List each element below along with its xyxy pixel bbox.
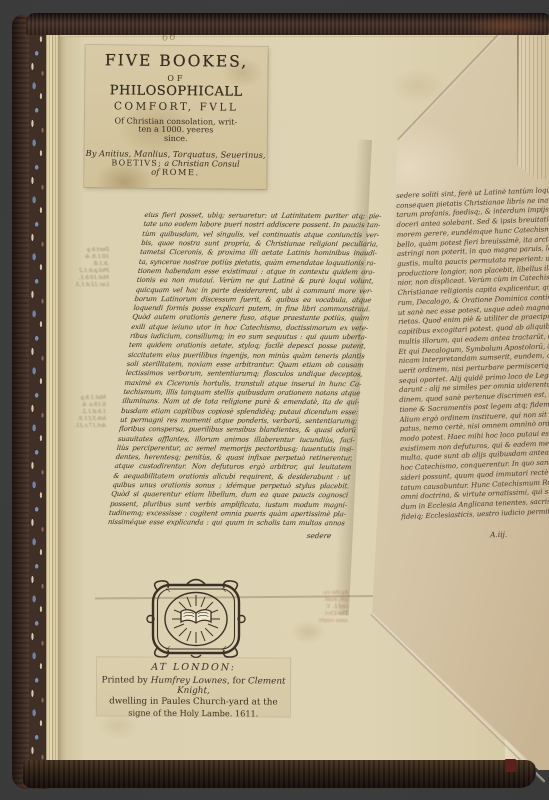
- binding-top-edge: [26, 13, 549, 35]
- marbled-endpaper: [29, 22, 46, 782]
- show-through-line: .b.1.8.: [57, 261, 109, 268]
- imprint-line-3: dwelling in Paules Church-yard at the: [97, 696, 290, 707]
- margin-show-through-upper: Doct.b.y.10.1.9. &.b.1.8.Phil.p.b.1.2Mat…: [57, 247, 109, 288]
- photo-backdrop: 66 FIVE BOOKES, OF PHILOSOPHICALL COMFOR…: [0, 0, 549, 800]
- title-label: FIVE BOOKES, OF PHILOSOPHICALL COMFORT, …: [84, 45, 267, 189]
- imprint-printed-by: Printed by: [102, 675, 151, 685]
- printer-device-woodcut: [146, 578, 246, 660]
- show-through-line: spea confir.: [296, 618, 348, 625]
- bookmark-ribbon: [505, 759, 516, 772]
- imprint-printer-name: Humfrey Lownes: [151, 676, 227, 687]
- margin-show-through-lower: Mat.1.b.y.S.19.a. &1.b.d.1.2.Ioh.5.f.1.9…: [50, 395, 106, 430]
- show-through-line: Luc.12.d.1,3.: [57, 282, 109, 289]
- text-line: nissiméque esse explicanda : qui quum in…: [107, 518, 345, 529]
- show-through-line: Mat.1.b.y.: [50, 395, 106, 402]
- show-through-line: Act.17.c.11.: [50, 423, 106, 430]
- show-through-line: Ioh.5.f.1.9.: [50, 416, 106, 423]
- show-through-line: Mat.10.b.1,: [57, 275, 109, 282]
- title-subline-3: since.: [85, 134, 267, 145]
- title-line-1: FIVE BOOKES,: [85, 45, 267, 71]
- title-line-3: PHILOSOPHICALL: [85, 84, 267, 100]
- show-through-line: 1.b.d.1.2.: [50, 409, 106, 416]
- byline-rome-name: ROME.: [162, 167, 200, 177]
- binding-bottom-edge: [23, 760, 536, 788]
- byline-of: of: [151, 167, 162, 177]
- show-through-line: S.19.a. &: [50, 402, 106, 409]
- catchword: sedere: [106, 530, 344, 540]
- fore-edge-lines: [517, 29, 548, 179]
- imprint-line-4: signe of the Holy Lambe. 1611.: [97, 707, 290, 718]
- open-book-glyph: [181, 610, 211, 623]
- imprint-line-1: AT LONDON:: [97, 661, 290, 673]
- text-line: tionis ea non mutaui. Verùm ne qui Latin…: [136, 276, 374, 287]
- title-line-4: COMFORT, FVLL: [85, 101, 267, 114]
- imprint-slip: AT LONDON: Printed by Humfrey Lownes, fo…: [97, 657, 290, 716]
- show-through-line: Doct.b.y.: [57, 247, 109, 254]
- show-through-line: 10.1.9. &: [57, 254, 109, 261]
- byline-rome: of ROME.: [84, 167, 266, 178]
- show-through-line: Phil.p.b.1.2: [57, 268, 109, 275]
- text-line: floribus conspersa, puerilibus sensibus …: [118, 425, 356, 436]
- imprint-line-2: Printed by Humfrey Lownes, for Clement K…: [97, 675, 290, 696]
- imprint-for: , for: [227, 676, 248, 686]
- right-page-text: sedere soliti sint, ferè ut Latinè tantù…: [396, 184, 549, 522]
- signature-mark: A.iij.: [490, 530, 508, 540]
